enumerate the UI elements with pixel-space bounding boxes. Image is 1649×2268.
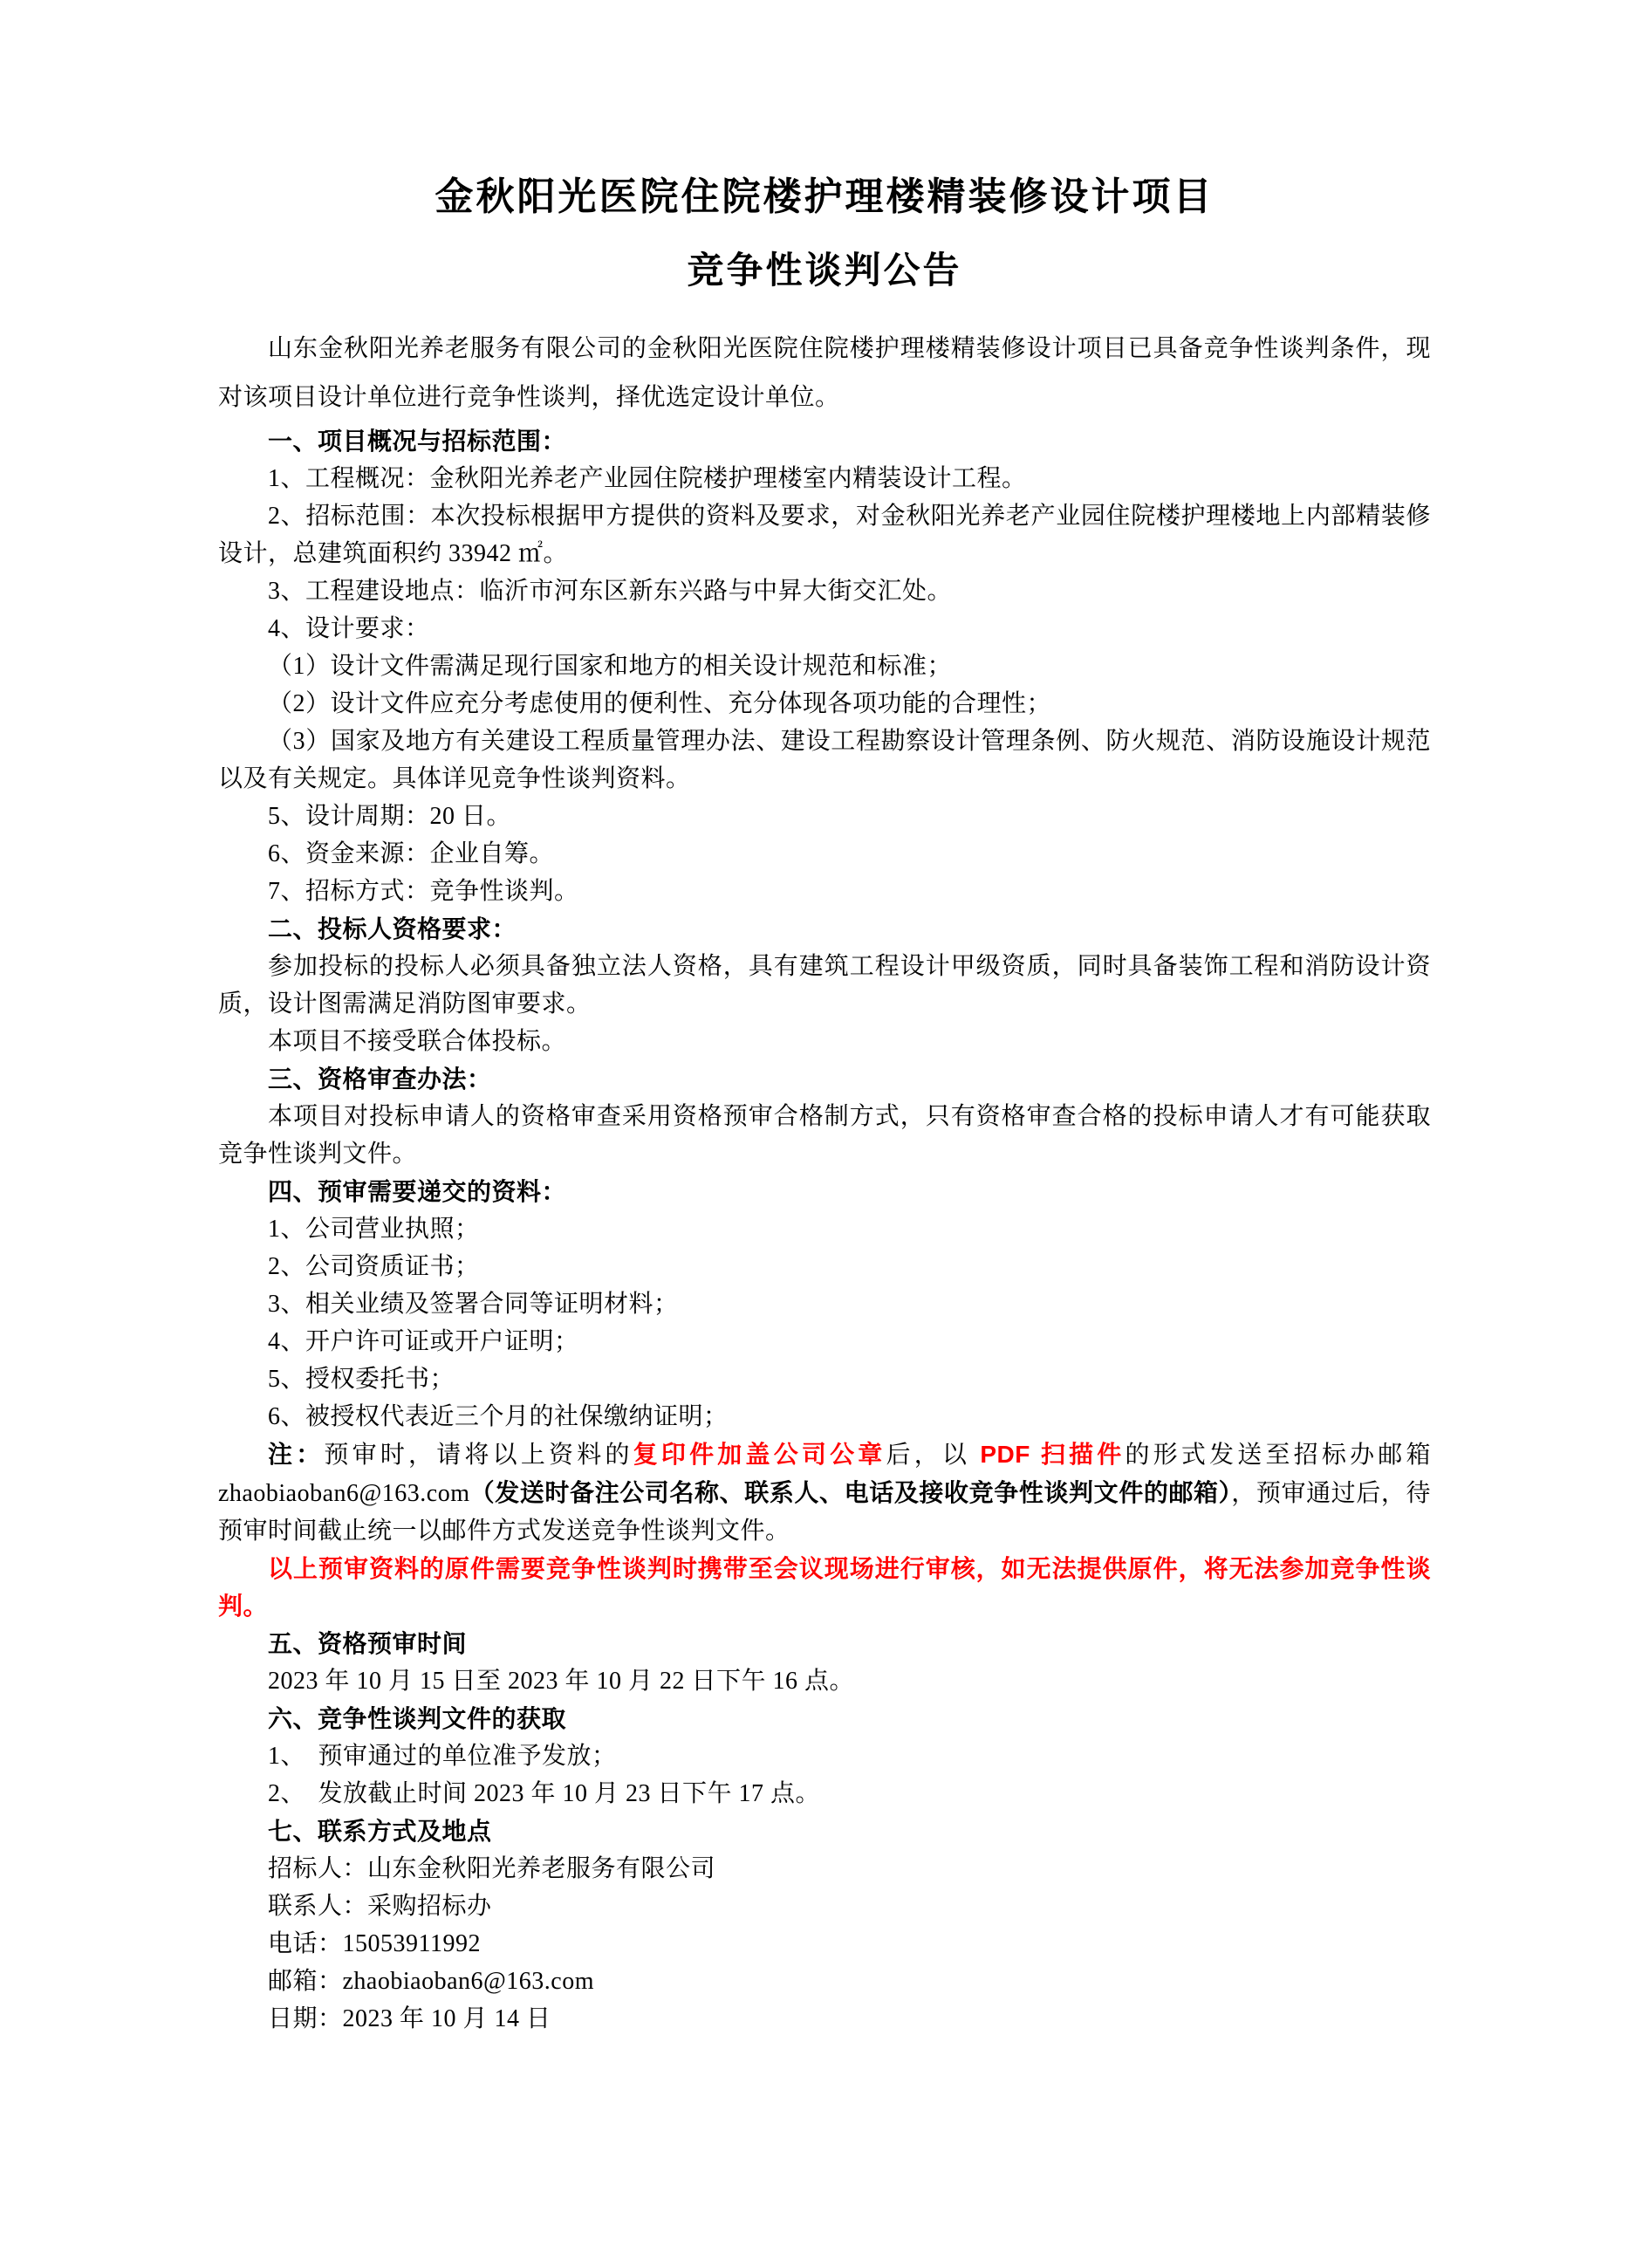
section-4-item-4: 4、开户许可证或开户证明；	[218, 1323, 1431, 1360]
document-title: 金秋阳光医院住院楼护理楼精装修设计项目	[218, 175, 1431, 220]
section-4-heading: 四、预审需要递交的资料：	[218, 1173, 1431, 1210]
contact-bidder: 招标人：山东金秋阳光养老服务有限公司	[218, 1850, 1431, 1888]
section-1-item-4-sub-1: （1）设计文件需满足现行国家和地方的相关设计规范和标准；	[218, 648, 1431, 685]
note-text-2: 后，以	[886, 1442, 981, 1469]
section-1-item-5: 5、设计周期：20 日。	[218, 798, 1431, 835]
document-page: 金秋阳光医院住院楼护理楼精装修设计项目 竞争性谈判公告 山东金秋阳光养老服务有限…	[0, 0, 1649, 2268]
section-1-item-3: 3、工程建设地点：临沂市河东区新东兴路与中昇大街交汇处。	[218, 572, 1431, 610]
intro-paragraph: 山东金秋阳光养老服务有限公司的金秋阳光医院住院楼护理楼精装修设计项目已具备竞争性…	[218, 325, 1431, 422]
section-1-heading: 一、项目概况与招标范围：	[218, 422, 1431, 460]
section-4-item-5: 5、授权委托书；	[218, 1360, 1431, 1398]
section-5-heading: 五、资格预审时间	[218, 1625, 1431, 1662]
section-4-item-1: 1、公司营业执照；	[218, 1210, 1431, 1248]
note-label: 注：	[268, 1441, 324, 1468]
section-3-heading: 三、资格审查办法：	[218, 1060, 1431, 1098]
section-4-item-6: 6、被授权代表近三个月的社保缴纳证明；	[218, 1398, 1431, 1435]
note-red-copy-stamp: 复印件加盖公司公章	[633, 1441, 886, 1468]
prequalification-time: 2023 年 10 月 15 日至 2023 年 10 月 22 日下午 16 …	[218, 1662, 1431, 1700]
note-bold-remark: （发送时备注公司名称、联系人、电话及接收竞争性谈判文件的邮箱）	[469, 1479, 1231, 1506]
note-text-1: 预审时，请将以上资料的	[324, 1442, 633, 1469]
section-1-item-2: 2、招标范围：本次投标根据甲方提供的资料及要求，对金秋阳光养老产业园住院楼护理楼…	[218, 497, 1431, 572]
section-4-item-2: 2、公司资质证书；	[218, 1248, 1431, 1285]
document-content: 金秋阳光医院住院楼护理楼精装修设计项目 竞争性谈判公告 山东金秋阳光养老服务有限…	[218, 0, 1431, 2038]
section-2-heading: 二、投标人资格要求：	[218, 910, 1431, 948]
contact-phone: 电话：15053911992	[218, 1925, 1431, 1963]
note-red-pdf-scan: PDF 扫描件	[980, 1441, 1125, 1468]
section-2-paragraph-2: 本项目不接受联合体投标。	[218, 1023, 1431, 1060]
section-6-item-1: 1、 预审通过的单位准予发放；	[218, 1737, 1431, 1775]
section-1-item-7: 7、招标方式：竞争性谈判。	[218, 873, 1431, 910]
section-1-item-1: 1、工程概况：金秋阳光养老产业园住院楼护理楼室内精装设计工程。	[218, 460, 1431, 497]
section-6-item-2: 2、 发放截止时间 2023 年 10 月 23 日下午 17 点。	[218, 1775, 1431, 1812]
section-1-item-4-sub-2: （2）设计文件应充分考虑使用的便利性、充分体现各项功能的合理性；	[218, 685, 1431, 723]
section-4-item-3: 3、相关业绩及签署合同等证明材料；	[218, 1285, 1431, 1323]
warning-paragraph: 以上预审资料的原件需要竞争性谈判时携带至会议现场进行审核，如无法提供原件，将无法…	[218, 1550, 1431, 1625]
contact-date: 日期：2023 年 10 月 14 日	[218, 2000, 1431, 2038]
section-1-item-6: 6、资金来源：企业自筹。	[218, 835, 1431, 873]
section-6-heading: 六、竞争性谈判文件的获取	[218, 1700, 1431, 1737]
section-7-heading: 七、联系方式及地点	[218, 1812, 1431, 1850]
section-2-paragraph-1: 参加投标的投标人必须具备独立法人资格，具有建筑工程设计甲级资质，同时具备装饰工程…	[218, 948, 1431, 1023]
contact-person: 联系人：采购招标办	[218, 1888, 1431, 1925]
section-1-item-4: 4、设计要求：	[218, 610, 1431, 648]
section-3-paragraph-1: 本项目对投标申请人的资格审查采用资格预审合格制方式，只有资格审查合格的投标申请人…	[218, 1098, 1431, 1173]
contact-email: 邮箱：zhaobiaoban6@163.com	[218, 1963, 1431, 2000]
document-subtitle: 竞争性谈判公告	[218, 250, 1431, 291]
section-1-item-4-sub-3: （3）国家及地方有关建设工程质量管理办法、建设工程勘察设计管理条例、防火规范、消…	[218, 723, 1431, 798]
note-paragraph: 注：预审时，请将以上资料的复印件加盖公司公章后，以 PDF 扫描件的形式发送至招…	[218, 1435, 1431, 1550]
